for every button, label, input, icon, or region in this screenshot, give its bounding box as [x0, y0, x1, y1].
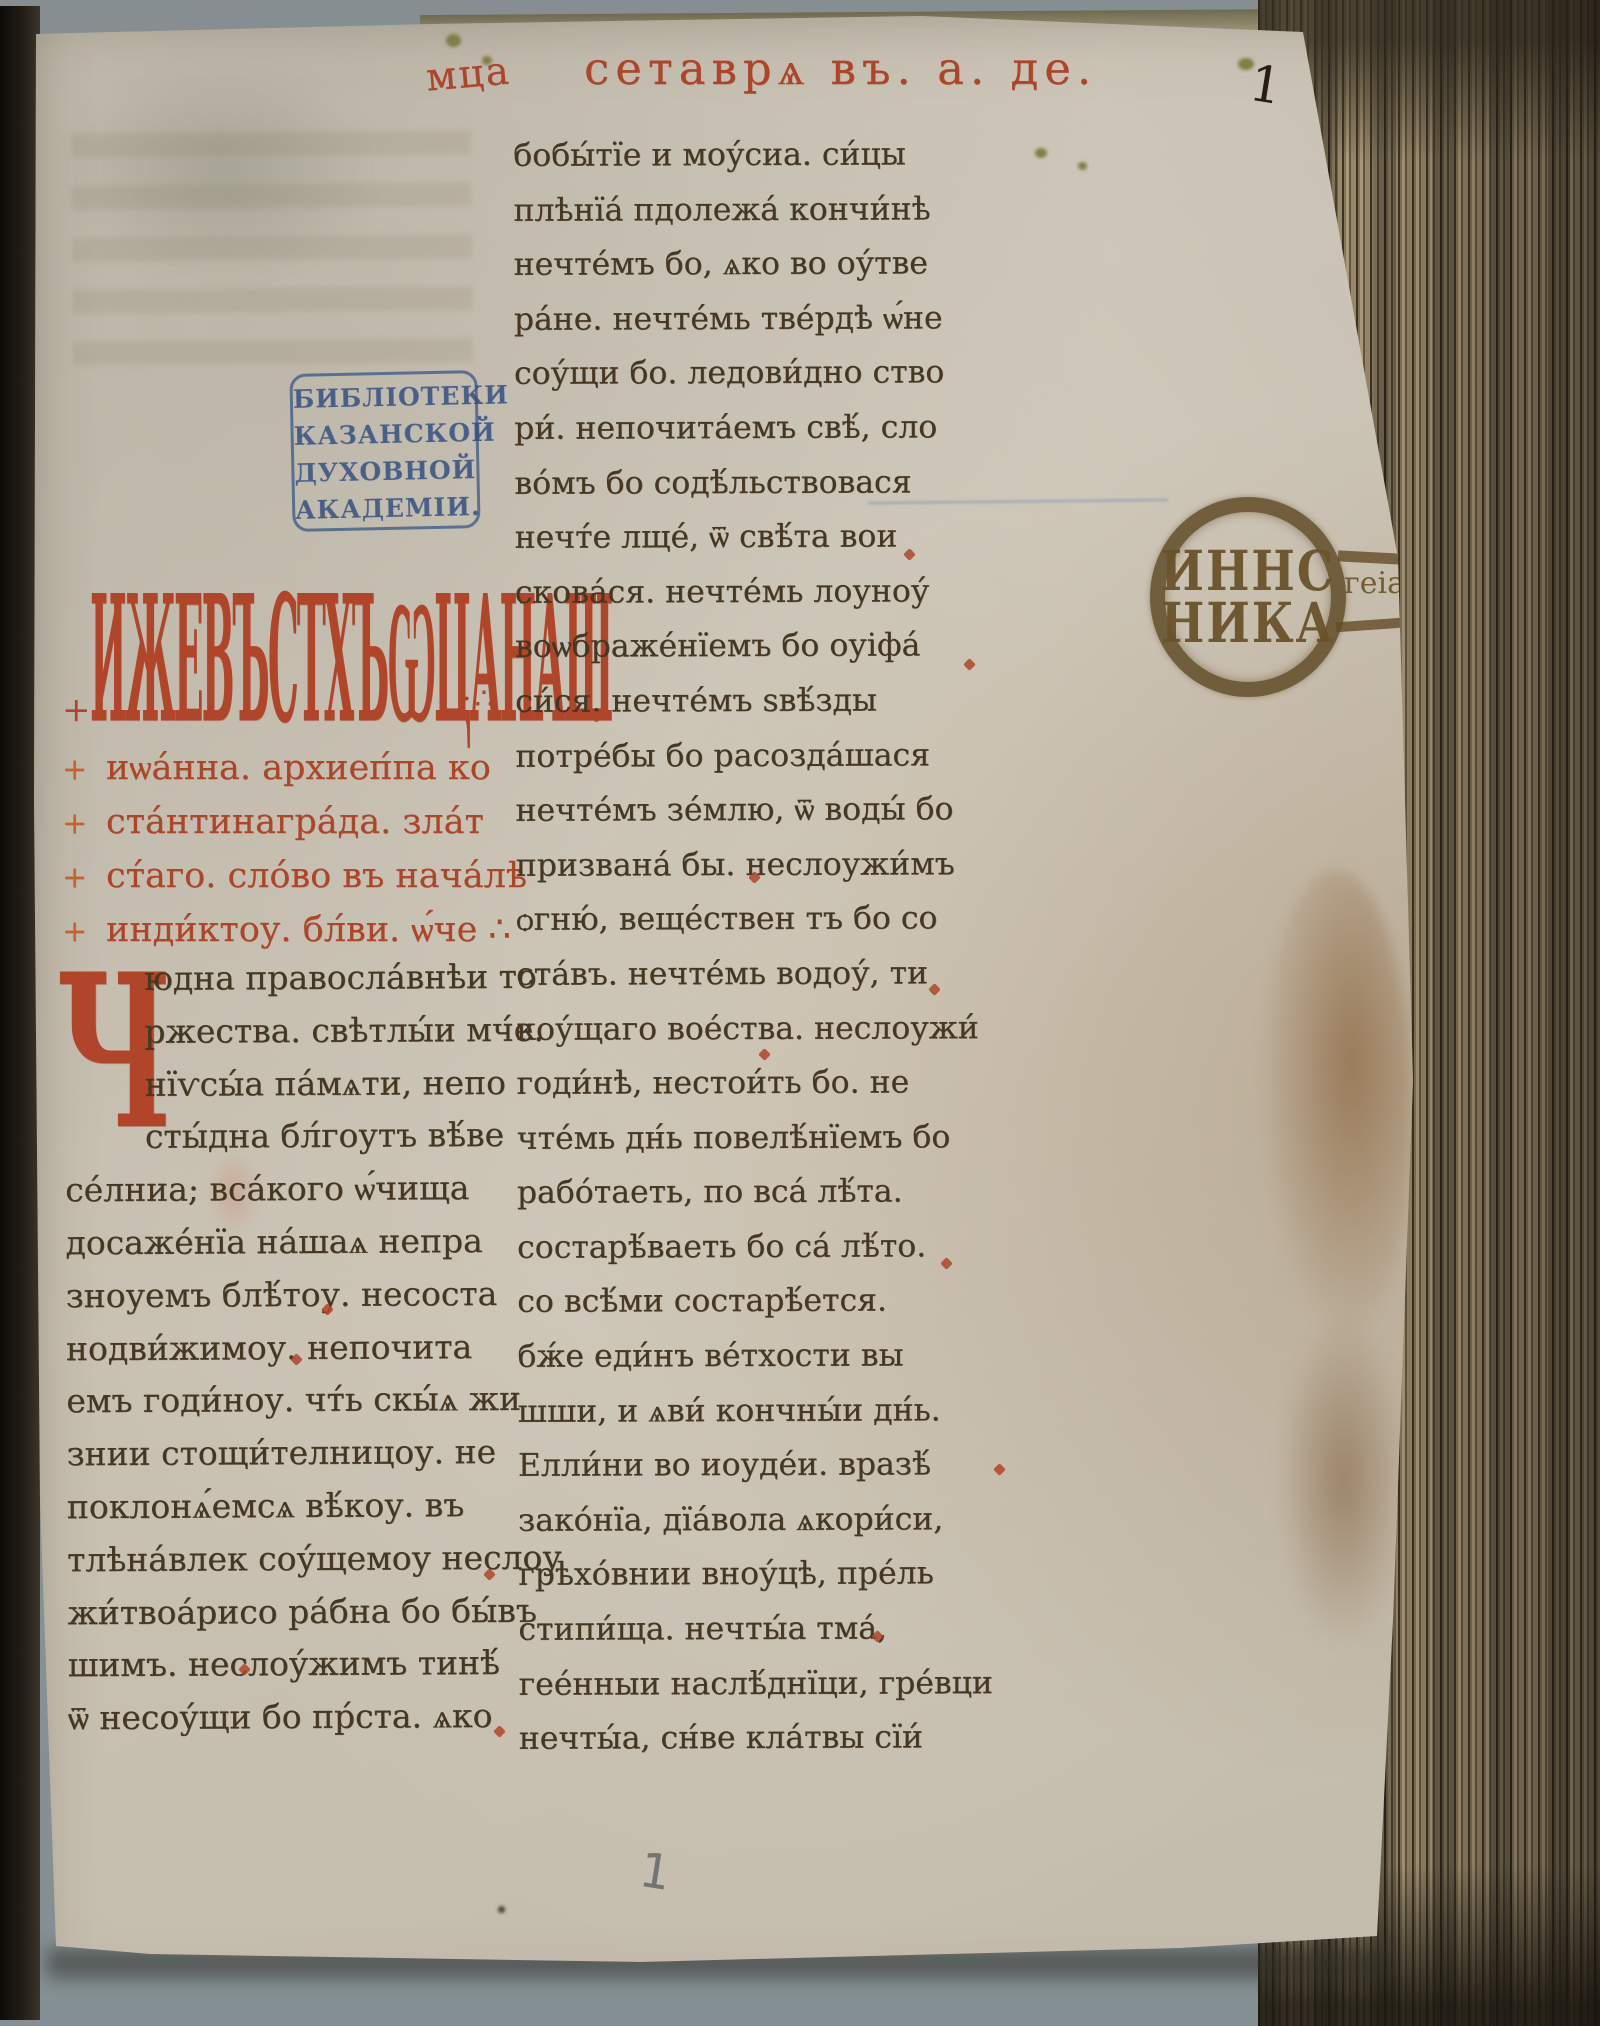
- seal-handle-text: геіа: [1344, 566, 1405, 601]
- title-end-mark: ·∴: [462, 682, 497, 717]
- rubric-line: +ст́аго. сло́во въ нача́лѣ: [62, 850, 527, 904]
- text-line: нодви́жимоу. непочита: [66, 1320, 561, 1375]
- text-line: сты́дна бл́гоутъ вѣ́ве: [65, 1109, 560, 1164]
- text-line: жи́твоа́рисо ра́бна бо бы́въ: [67, 1584, 562, 1639]
- text-line: се́лниа; вса́кого ѡ́чища: [65, 1162, 560, 1217]
- text-line: бж́е еди́нъ ве́тхости вы: [517, 1328, 992, 1384]
- rubric-line: +иѡа́нна. архиеп́па ко: [62, 742, 527, 796]
- rubric-block: +иѡа́нна. архиеп́па ко +ста́нтинагра́да.…: [62, 742, 527, 958]
- library-stamp: БИБЛІОТЕКИ КАЗАНСКОЙ ДУХОВНОЙ АКАДЕМІИ.: [289, 370, 480, 532]
- text-line: нечт́е лще́, ѿ свѣ́та вои: [514, 509, 989, 565]
- text-line: ржества. свѣтлы́и мч́е.: [64, 1004, 559, 1059]
- stamp-line: КАЗАНСКОЙ: [293, 414, 476, 455]
- green-speck: [1035, 148, 1047, 158]
- pencil-page-number: 1: [636, 1842, 675, 1902]
- text-line: годи́нѣ, нестои́ть бо. не: [516, 1055, 991, 1111]
- text-line: знии стощи́телницоу. не: [66, 1426, 561, 1481]
- stamp-line: БИБЛІОТЕКИ: [293, 377, 476, 418]
- text-line: призвана́ бы. неслоужи́мъ: [516, 837, 991, 893]
- green-speck: [1078, 162, 1087, 170]
- text-line: шимъ. неслоу́жимъ тинѣ́: [68, 1637, 563, 1692]
- rubric-text: ст́аго. сло́во въ нача́лѣ: [106, 856, 527, 896]
- text-line: ста́въ. нечте́мь водоу́, ти: [516, 946, 991, 1002]
- text-line: нечты́а, сн́ве кла́твы сїи́: [519, 1710, 994, 1766]
- seal-line: НИКА: [1161, 592, 1335, 654]
- text-line: емъ годи́ноу. чт́ь скы́ѧ жи: [66, 1373, 561, 1428]
- red-punctuation-mark: [993, 1463, 1006, 1476]
- text-line: ри́. непочита́емъ свѣ́, сло: [514, 400, 989, 456]
- text-line: нечте́мъ зе́млю, ѿ воды́ бо: [515, 782, 990, 838]
- left-text-column: юдна правосла́внѣи то ржества. свѣтлы́и …: [64, 951, 563, 1746]
- book-binding-edge: [0, 6, 40, 2020]
- text-line: нїѵсы́а па́мѧти, непо: [64, 1056, 559, 1111]
- text-line: зако́нїа, дїа́вола ѧкори́си,: [518, 1492, 993, 1548]
- rubric-text: иѡа́нна. архиеп́па ко: [106, 748, 491, 788]
- stain-brown-lower: [1276, 1310, 1411, 1650]
- text-line: со всѣ́ми состарѣ́ется.: [517, 1274, 992, 1330]
- header-title: сетаврѧ въ. а. де.: [584, 42, 1097, 95]
- header-month-abbr: мца: [424, 48, 512, 100]
- rubric-cross: +: [62, 743, 106, 796]
- dark-speck: [498, 1906, 505, 1913]
- rubric-cross: +: [62, 851, 106, 904]
- text-line: Елли́ни во иоуде́и. вразѣ́: [518, 1437, 993, 1493]
- text-line: нечте́мъ бо, ѧко во оу́тве: [514, 236, 989, 292]
- text-line: состарѣ́ваеть бо са́ лѣ́то.: [517, 1219, 992, 1275]
- stamp-line: ДУХОВНОЙ: [294, 451, 477, 492]
- text-line: коу́щаго вое́ства. неслоужи́: [516, 1001, 991, 1057]
- green-speck: [446, 34, 461, 47]
- text-line: соу́щи бо. ледови́дно ство: [514, 346, 989, 402]
- text-line: юдна правосла́внѣи то: [64, 951, 559, 1006]
- ink-seal-monogram: ИННС НИКА: [1150, 497, 1346, 697]
- photo-backdrop: мца сетаврѧ въ. а. де. 1 БИБЛІОТЕКИ КАЗА…: [0, 0, 1600, 2026]
- text-line: ѻгню́, веще́ствен тъ бо со: [516, 891, 991, 947]
- rubric-line: +ста́нтинагра́да. зла́т: [62, 796, 527, 850]
- title-margin-cross: +: [62, 690, 91, 730]
- rubric-text: ста́нтинагра́да. зла́т: [106, 802, 484, 842]
- stamp-line: АКАДЕМІИ.: [295, 488, 478, 529]
- text-line: шши, и ѧви́ кончны́и дн́ь.: [518, 1383, 993, 1439]
- text-line: си́ся. нечте́мъ ѕвѣ́зды: [515, 673, 990, 729]
- text-line: зноуемъ блѣ́тоу. несоста: [66, 1267, 561, 1322]
- text-line: ра́не. нечте́мь тве́рдѣ ѡ́не: [514, 291, 989, 347]
- stain-gray-top: [60, 60, 380, 280]
- text-line: воѡбраже́нїемъ бо оуіфа́: [515, 619, 990, 675]
- stain-brown-right: [1258, 870, 1413, 1350]
- right-text-column: бобы́тїе и моу́сиа. си́цы плѣнїа́ пдолеж…: [513, 127, 993, 1766]
- text-line: плѣнїа́ пдолежа́ кончи́нѣ: [513, 182, 988, 238]
- text-line: чте́мь дн́ь повелѣ́нїемъ бо: [517, 1110, 992, 1166]
- text-line: во́мъ бо содѣ́льствовася: [514, 455, 989, 511]
- text-line: бобы́тїе и моу́сиа. си́цы: [513, 127, 988, 183]
- text-line: потре́бы бо расозда́шася: [515, 728, 990, 784]
- text-line: ѿ несоу́щи бо пр́ста. ѧко: [68, 1690, 563, 1745]
- text-line: рабо́таеть, по вса́ лѣ́та.: [517, 1164, 992, 1220]
- text-line: стипи́ща. нечты́а тма́,: [518, 1601, 993, 1657]
- rubric-cross: +: [62, 797, 106, 850]
- text-line: досаже́нїа на́шаѧ непра: [65, 1215, 560, 1270]
- text-line: поклонѧ́емсѧ вѣ́коу. въ: [67, 1479, 562, 1534]
- text-line: грѣхо́внии вноу́цѣ, пре́ль: [518, 1547, 993, 1603]
- text-line: скова́ся. нечте́мь лоуноу́: [515, 564, 990, 620]
- text-line: гее́нныи наслѣ́днїци, гре́вци: [518, 1656, 993, 1712]
